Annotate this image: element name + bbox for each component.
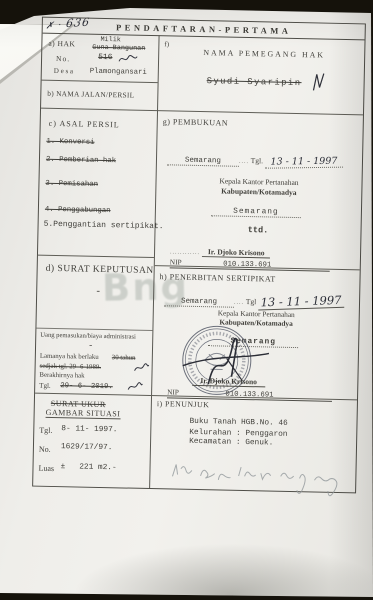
- dotted-leader: ............: [170, 249, 200, 256]
- registration-form: PENDAFTARAN-PERTAMA a) HAK Milik Guna Ba…: [32, 17, 366, 494]
- pembukuan-office-city: Semarang: [211, 207, 301, 218]
- asal-item-pemberian: 2. Pemberian hak: [46, 156, 116, 165]
- penerbitan-signatory-name: Ir. Djoko Krisono: [192, 376, 265, 388]
- penunjuk-line1: Buku Tanah HGB.No. 46: [189, 418, 287, 428]
- berakhir-label: Berakhirnya hak: [39, 372, 84, 380]
- handwritten-paraph: [127, 382, 143, 392]
- penunjuk-line3: Kecamatan : Genuk.: [189, 438, 273, 448]
- berakhir-struck-date: 29- 6- 2019.: [60, 382, 113, 391]
- ukur-no-value: 1629/17/97.: [61, 443, 113, 452]
- asal-item-penggantian: 5.Penggantian sertipikat.: [44, 220, 164, 232]
- keputusan-dash: -: [95, 287, 101, 298]
- uang-label: Uang pemasukan/biaya administrasi: [40, 332, 136, 341]
- uang-dash: -: [88, 341, 94, 351]
- dotted-leader: ....: [234, 300, 244, 306]
- handwritten-paraph: [134, 363, 150, 373]
- pemegang-struck-name: Syudi Syaripin: [207, 76, 302, 88]
- asal-label: c) ASAL PERSIL: [49, 119, 120, 129]
- rule-a-bottom: [42, 80, 158, 83]
- rule-c-bottom: [38, 255, 154, 258]
- pembukuan-signatory-name: Ir. Djoko Krisono: [202, 247, 271, 258]
- dotted-leader: ....: [239, 159, 249, 165]
- right-column: f) NAMA PEMEGANG HAK Syudi Syaripin g) P…: [150, 35, 364, 492]
- penerbitan-nip-value: 010.133.691: [225, 391, 273, 400]
- pemegang-index: f): [164, 40, 169, 48]
- ukur-luas-value: ± 221 m2.-: [60, 463, 116, 472]
- keputusan-label: d) SURAT KEPUTUSAN: [46, 264, 154, 276]
- rule-d-inner: [36, 328, 152, 331]
- pemegang-label: NAMA PEMEGANG HAK: [179, 48, 349, 61]
- ukur-title: GAMBAR SITUASI: [46, 408, 121, 420]
- handwritten-paraph: [118, 54, 138, 64]
- penerbitan-tgl-label: Tgl: [246, 297, 257, 306]
- hak-struck-type: Guna Bangunan: [92, 44, 145, 53]
- pembukuan-ttd: ttd.: [215, 224, 300, 236]
- hak-no-label: No.: [56, 54, 70, 63]
- pembukuan-nip-label: NIP: [170, 257, 182, 266]
- pembukuan-tgl-label: Tgl.: [251, 156, 263, 165]
- hak-desa-label: D e s a: [54, 67, 73, 75]
- pembukuan-office2: Kabupaten/Kotamadya: [181, 186, 336, 198]
- penerbitan-label: h) PENERBITAN SERTIPIKAT: [159, 272, 275, 283]
- ukur-luas-label: Luas: [38, 464, 54, 473]
- sedjak-struck-line: sedjak tgl. 29- 6-1989.: [40, 363, 101, 371]
- hak-desa-value: Plamongansari: [90, 68, 147, 77]
- berakhir-tgl-label: Tgl.: [39, 382, 51, 390]
- form-body: a) HAK Milik Guna Bangunan No. 516 D e s…: [33, 33, 364, 493]
- hak-struck-no: 516: [98, 53, 113, 62]
- hak-label: a) HAK: [48, 39, 75, 49]
- pembukuan-nip-value: 010.133.691: [223, 261, 271, 270]
- asal-item-pemisahan: 3. Pemisahan: [45, 180, 98, 189]
- left-column: a) HAK Milik Guna Bangunan No. 516 D e s…: [33, 33, 158, 488]
- ukur-no-label: No.: [39, 445, 51, 454]
- penerbitan-nip-label: NIP: [167, 387, 179, 396]
- jalan-label: b) NAMA JALAN/PERSIL: [47, 89, 134, 100]
- ukur-tgl-label: Tgl.: [39, 426, 52, 435]
- penerbitan-date-handwritten: 13 - 11 - 1997: [258, 293, 344, 311]
- penerbitan-city: Semarang: [164, 297, 234, 307]
- ukur-tgl-value: 8- 11- 1997.: [61, 425, 117, 434]
- pembukuan-label: g) PEMBUKUAN: [163, 117, 229, 127]
- asal-item-penggabungan: 4. Penggabungan: [45, 206, 111, 215]
- pembukuan-date-handwritten: 13 - 11 - 1997: [265, 156, 343, 169]
- pembukuan-city: Semarang: [167, 156, 239, 167]
- lamanya-label: Lamanya hak berlaku: [40, 353, 99, 361]
- photographed-document: { "photo": { "corner_note": "636", "wate…: [0, 0, 373, 600]
- lamanya-struck-value: 30 tahun: [112, 354, 136, 361]
- asal-item-konversi: 1. Konversi: [46, 138, 94, 147]
- handwritten-paraph: [310, 72, 326, 92]
